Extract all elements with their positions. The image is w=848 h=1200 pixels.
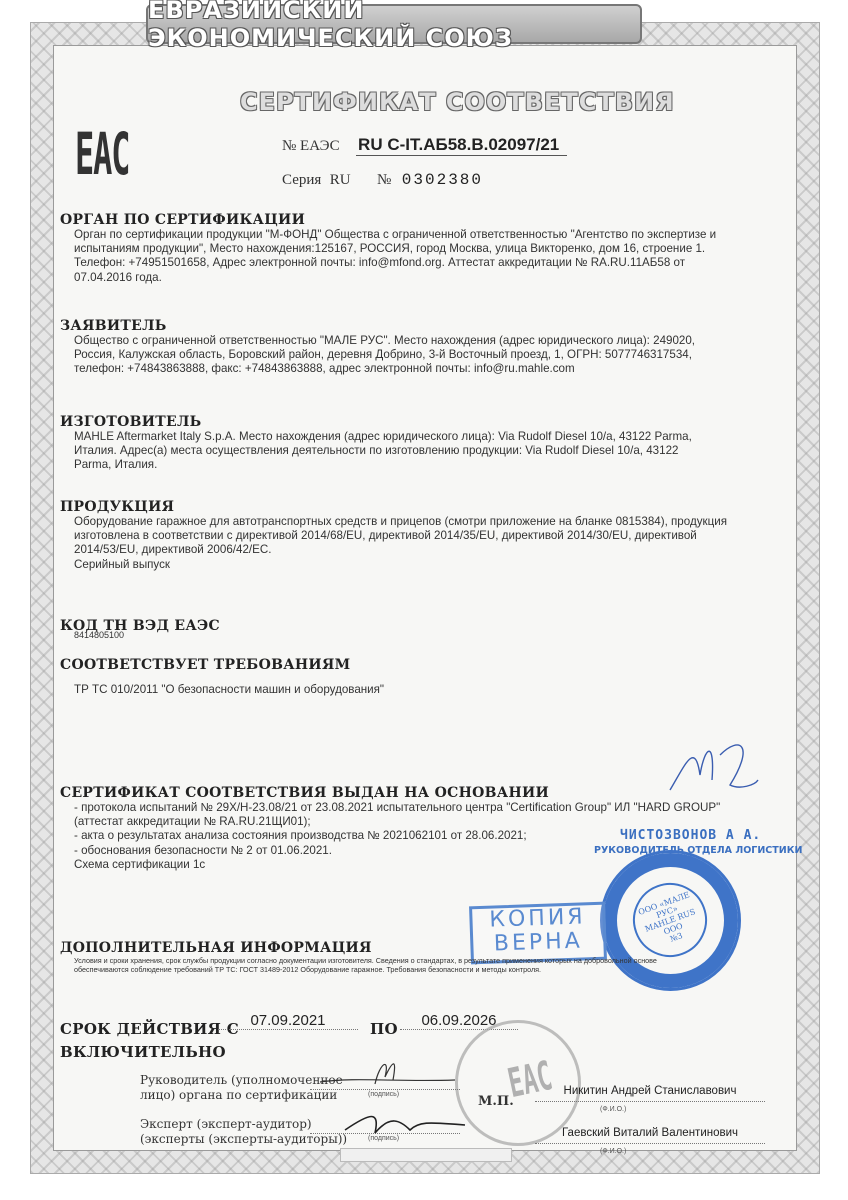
printer-footer-strip [340, 1148, 512, 1162]
head-name: Никитин Андрей Станиславович [535, 1085, 765, 1102]
section-line: обеспечиваются соблюдение требований ТР … [60, 965, 780, 974]
section-requirements: СООТВЕТСТВУЕТ ТРЕБОВАНИЯМ ТР ТС 010/2011… [60, 657, 800, 697]
expert-label: Эксперт (эксперт-аудитор) (эксперты (экс… [140, 1117, 347, 1147]
section-heading: ПРОДУКЦИЯ [60, 499, 800, 515]
series-label: Серия [282, 172, 321, 188]
certificate-title: СЕРТИФИКАТ СООТВЕТСТВИЯ [240, 88, 675, 116]
section-applicant: ЗАЯВИТЕЛЬ Общество с ограниченной ответс… [60, 318, 800, 377]
seal-placeholder-label: М.П. [478, 1094, 514, 1109]
section-line: испытаниям продукции", Место нахождения:… [60, 242, 800, 256]
section-hs-code: КОД ТН ВЭД ЕАЭС 8414805100 [60, 618, 460, 640]
union-banner: ЕВРАЗИЙСКИЙ ЭКОНОМИЧЕСКИЙ СОЮЗ [146, 4, 642, 44]
section-line: Parma, Италия. [60, 458, 800, 472]
section-line: телефон: +74843863888, факс: +7484386388… [60, 362, 800, 376]
hs-code-value: 8414805100 [60, 631, 460, 640]
official-title-stamp: РУКОВОДИТЕЛЬ ОТДЕЛА ЛОГИСТИКИ [594, 845, 802, 856]
series-row: Серия RU № 0302380 [282, 171, 483, 189]
head-signature-caption: (подпись) [368, 1091, 399, 1098]
section-heading: ДОПОЛНИТЕЛЬНАЯ ИНФОРМАЦИЯ [60, 940, 780, 956]
expert-signature-icon [340, 1105, 470, 1140]
section-heading: ЗАЯВИТЕЛЬ [60, 318, 800, 334]
section-line: - протокола испытаний № 29Х/Н-23.08/21 о… [60, 801, 820, 815]
section-manufacturer: ИЗГОТОВИТЕЛЬ MAHLE Aftermarket Italy S.p… [60, 414, 800, 473]
validity-inclusive-label: ВКЛЮЧИТЕЛЬНО [60, 1043, 226, 1061]
cert-number-label: № ЕАЭС [282, 138, 340, 154]
section-line: изготовлена в соответствии с директивой … [60, 529, 800, 543]
section-line: 2014/53/EU, директивой 2006/42/ЕС. [60, 543, 800, 557]
form-number-label: № [377, 172, 391, 188]
section-line: Оборудование гаражное для автотранспортн… [60, 515, 800, 529]
section-heading: СООТВЕТСТВУЕТ ТРЕБОВАНИЯМ [60, 657, 800, 673]
head-label: Руководитель (уполномоченное лицо) орган… [140, 1073, 343, 1103]
expert-label-line1: Эксперт (эксперт-аудитор) [140, 1117, 347, 1132]
eac-logo: ЕАС [75, 120, 129, 188]
section-product: ПРОДУКЦИЯ Оборудование гаражное для авто… [60, 499, 800, 572]
section-heading: ИЗГОТОВИТЕЛЬ [60, 414, 800, 430]
validity-from-date: 07.09.2021 [218, 1012, 358, 1030]
certificate-number-row: № ЕАЭС RU С-IT.АБ58.В.02097/21 [282, 135, 567, 155]
series-value: RU [330, 172, 351, 188]
section-line: Условия и сроки хранения, срок службы пр… [60, 956, 780, 965]
head-fio-caption: (Ф.И.О.) [600, 1106, 626, 1113]
expert-label-line2: (эксперты (эксперты-аудиторы)) [140, 1132, 347, 1147]
section-heading: СЕРТИФИКАТ СООТВЕТСТВИЯ ВЫДАН НА ОСНОВАН… [60, 785, 820, 801]
section-line: MAHLE Aftermarket Italy S.p.A. Место нах… [60, 430, 800, 444]
expert-fio-caption: (Ф.И.О.) [600, 1148, 626, 1155]
validity-from-label: СРОК ДЕЙСТВИЯ С [60, 1020, 239, 1038]
section-line: Телефон: +74951501658, Адрес электронной… [60, 256, 800, 270]
certificate-frame [30, 22, 820, 1174]
form-number: 0302380 [402, 171, 483, 189]
section-line: ТР ТС 010/2011 "О безопасности машин и о… [60, 683, 800, 697]
head-label-line2: лицо) органа по сертификации [140, 1088, 343, 1103]
head-signature-icon [315, 1052, 465, 1092]
section-heading: ОРГАН ПО СЕРТИФИКАЦИИ [60, 212, 800, 228]
head-label-line1: Руководитель (уполномоченное [140, 1073, 343, 1088]
section-line: Италия. Адрес(а) места осуществления дея… [60, 444, 800, 458]
section-line: Серийный выпуск [60, 558, 800, 572]
section-line: 07.04.2016 года. [60, 271, 800, 285]
section-organ: ОРГАН ПО СЕРТИФИКАЦИИ Орган по сертифика… [60, 212, 800, 285]
expert-name: Гаевский Виталий Валентинович [535, 1127, 765, 1144]
section-additional: ДОПОЛНИТЕЛЬНАЯ ИНФОРМАЦИЯ Условия и срок… [60, 940, 780, 974]
section-line: Орган по сертификации продукции "М-ФОНД"… [60, 228, 800, 242]
section-line: Общество с ограниченной ответственностью… [60, 334, 800, 348]
official-name-stamp: ЧИСТОЗВОНОВ А А. [620, 828, 761, 843]
cert-number: RU С-IT.АБ58.В.02097/21 [356, 135, 567, 156]
section-line: Россия, Калужская область, Боровский рай… [60, 348, 800, 362]
validity-to-label: ПО [370, 1020, 398, 1038]
